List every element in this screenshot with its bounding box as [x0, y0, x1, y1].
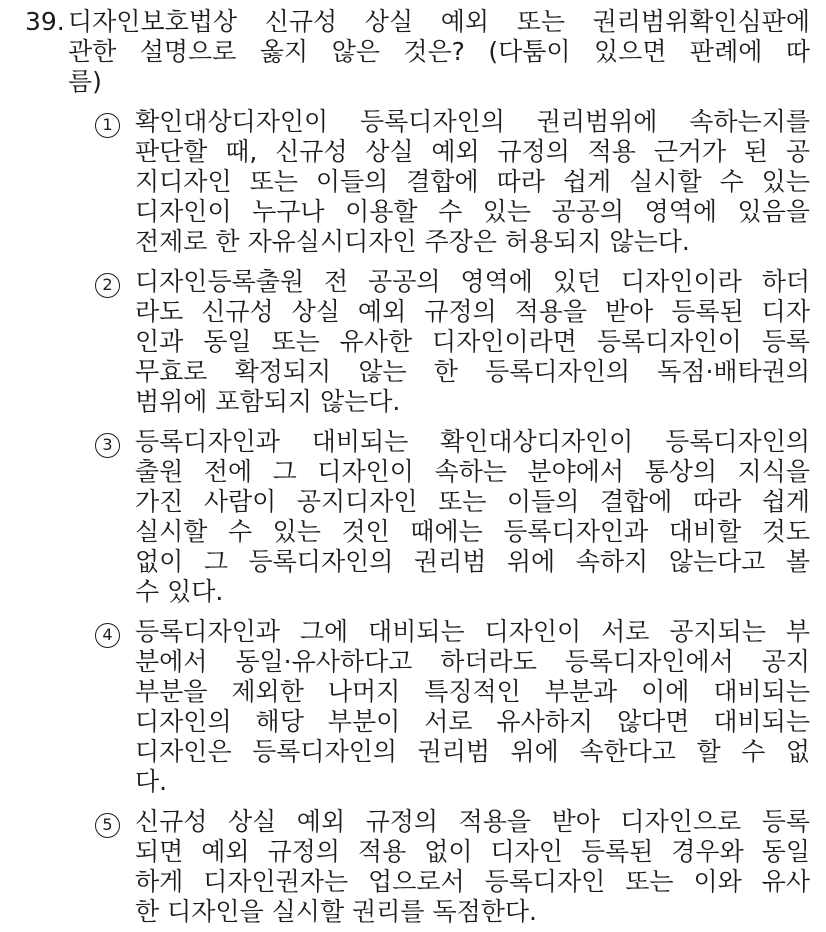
- option-line: 라도 신규성 상실 예외 규정의 적용을 받아 등록된 디자: [135, 297, 810, 327]
- question-number: 39.: [25, 7, 68, 37]
- option-line: 신규성 상실 예외 규정의 적용을 받아 디자인으로 등록: [135, 807, 810, 837]
- option-line: 범위에 포함되지 않는다.: [135, 387, 810, 417]
- option-line: 인과 동일 또는 유사한 디자인이라면 등록디자인이 등록: [135, 327, 810, 357]
- option-line: 출원 전에 그 디자인이 속하는 분야에서 통상의 지식을: [135, 457, 810, 487]
- option-line: 부분을 제외한 나머지 특징적인 부분과 이에 대비되는: [135, 677, 810, 707]
- question-stem: 디자인보호법상 신규성 상실 예외 또는 권리범위확인심판에 관한 설명으로 옳…: [68, 7, 810, 97]
- question-stem-line: 름): [68, 67, 810, 97]
- option-line: 디자인은 등록디자인의 권리범 위에 속한다고 할 수 없: [135, 737, 810, 767]
- option-line: 한 디자인을 실시할 권리를 독점한다.: [135, 897, 810, 927]
- option-3-marker: 3: [95, 427, 135, 458]
- question-stem-line: 관한 설명으로 옳지 않은 것은? (다툼이 있으면 판례에 따: [68, 37, 810, 67]
- option-1: 1 확인대상디자인이 등록디자인의 권리범위에 속하는지를 판단할 때, 신규성…: [95, 107, 810, 257]
- option-line: 지디자인 또는 이들의 결합에 따라 쉽게 실시할 수 있는: [135, 167, 810, 197]
- option-line: 전제로 한 자유실시디자인 주장은 허용되지 않는다.: [135, 227, 810, 257]
- circled-number-3: 3: [95, 433, 120, 458]
- option-4: 4 등록디자인과 그에 대비되는 디자인이 서로 공지되는 부 분에서 동일·유…: [95, 617, 810, 797]
- option-line: 실시할 수 있는 것인 때에는 등록디자인과 대비할 것도: [135, 517, 810, 547]
- option-line: 되면 예외 규정의 적용 없이 디자인 등록된 경우와 동일: [135, 837, 810, 867]
- option-5-text: 신규성 상실 예외 규정의 적용을 받아 디자인으로 등록 되면 예외 규정의 …: [135, 807, 810, 927]
- option-line: 다.: [135, 767, 810, 797]
- circled-number-4: 4: [95, 623, 120, 648]
- option-line: 분에서 동일·유사하다고 하더라도 등록디자인에서 공지: [135, 647, 810, 677]
- option-line: 없이 그 등록디자인의 권리범 위에 속하지 않는다고 볼: [135, 547, 810, 577]
- option-line: 디자인등록출원 전 공공의 영역에 있던 디자인이라 하더: [135, 267, 810, 297]
- option-line: 등록디자인과 그에 대비되는 디자인이 서로 공지되는 부: [135, 617, 810, 647]
- option-1-text: 확인대상디자인이 등록디자인의 권리범위에 속하는지를 판단할 때, 신규성 상…: [135, 107, 810, 257]
- option-line: 등록디자인과 대비되는 확인대상디자인이 등록디자인의: [135, 427, 810, 457]
- option-line: 판단할 때, 신규성 상실 예외 규정의 적용 근거가 된 공: [135, 137, 810, 167]
- option-1-marker: 1: [95, 107, 135, 138]
- option-4-text: 등록디자인과 그에 대비되는 디자인이 서로 공지되는 부 분에서 동일·유사하…: [135, 617, 810, 797]
- circled-number-1: 1: [95, 113, 120, 138]
- option-line: 수 있다.: [135, 577, 810, 607]
- question-stem-line: 디자인보호법상 신규성 상실 예외 또는 권리범위확인심판에: [68, 7, 810, 37]
- exam-page: 39. 디자인보호법상 신규성 상실 예외 또는 권리범위확인심판에 관한 설명…: [0, 0, 826, 932]
- option-2-marker: 2: [95, 267, 135, 298]
- option-4-marker: 4: [95, 617, 135, 648]
- circled-number-5: 5: [95, 813, 120, 838]
- option-line: 하게 디자인권자는 업으로서 등록디자인 또는 이와 유사: [135, 867, 810, 897]
- circled-number-2: 2: [95, 273, 120, 298]
- option-line: 무효로 확정되지 않는 한 등록디자인의 독점·배타권의: [135, 357, 810, 387]
- option-3-text: 등록디자인과 대비되는 확인대상디자인이 등록디자인의 출원 전에 그 디자인이…: [135, 427, 810, 607]
- option-2-text: 디자인등록출원 전 공공의 영역에 있던 디자인이라 하더 라도 신규성 상실 …: [135, 267, 810, 417]
- option-5: 5 신규성 상실 예외 규정의 적용을 받아 디자인으로 등록 되면 예외 규정…: [95, 807, 810, 927]
- option-line: 디자인의 해당 부분이 서로 유사하지 않다면 대비되는: [135, 707, 810, 737]
- option-line: 디자인이 누구나 이용할 수 있는 공공의 영역에 있음을: [135, 197, 810, 227]
- option-line: 가진 사람이 공지디자인 또는 이들의 결합에 따라 쉽게: [135, 487, 810, 517]
- option-5-marker: 5: [95, 807, 135, 838]
- option-2: 2 디자인등록출원 전 공공의 영역에 있던 디자인이라 하더 라도 신규성 상…: [95, 267, 810, 417]
- question: 39. 디자인보호법상 신규성 상실 예외 또는 권리범위확인심판에 관한 설명…: [25, 7, 810, 97]
- option-line: 확인대상디자인이 등록디자인의 권리범위에 속하는지를: [135, 107, 810, 137]
- option-3: 3 등록디자인과 대비되는 확인대상디자인이 등록디자인의 출원 전에 그 디자…: [95, 427, 810, 607]
